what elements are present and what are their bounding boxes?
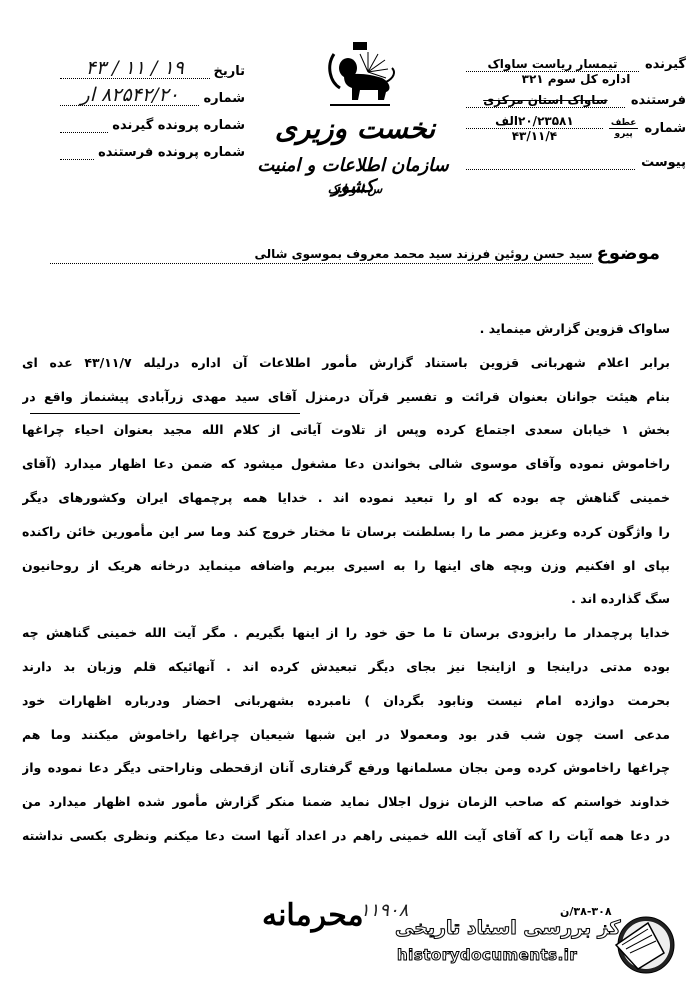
letterhead-code: س.ا.و.ا.ک	[305, 182, 405, 196]
sender-file-label: شماره پرونده فرستنده	[98, 145, 245, 160]
recipient-value: تیمسار ریاست ساواک	[466, 57, 639, 72]
lion-and-sun-emblem-icon	[320, 42, 400, 112]
recipient-file-label: شماره پرونده گیرنده	[112, 118, 245, 133]
body-line: در دعا همه آیات را که آقای آیت الله خمین…	[22, 819, 670, 853]
body-line: ساواک قزوین گزارش مینماید .	[22, 312, 670, 346]
header-right-block: گیرنده تیمسار ریاست ساواک اداره کل سوم ۳…	[466, 50, 686, 170]
number-date: ۴۳/۱۱/۴	[466, 129, 603, 143]
ref-top-label: عطف	[609, 118, 639, 129]
letterhead-title: نخست وزیری	[270, 112, 440, 145]
attachment-value	[466, 169, 635, 170]
body-line: برابر اعلام شهربانی قزوین باستناد گزارش …	[22, 346, 670, 380]
number-values: ۲۰/۲۳۵۸۱الف ۴۳/۱۱/۴	[466, 114, 603, 143]
attachment-row: پیوست	[466, 148, 686, 170]
body-line: را واژگون کرده وعزیز مصر ما را بسلطنت بر…	[22, 515, 670, 549]
number-row-left: شماره ۸۲۵۴۲/۲۰ ار	[60, 79, 245, 106]
body-line: بخش ۱ خیابان سعدی اجتماع کرده وپس از تلا…	[22, 413, 670, 447]
sender-label: فرستنده	[631, 93, 686, 108]
subject-value: سید حسن روئین فرزند سید محمد معروف بموسو…	[50, 247, 593, 264]
number-value-left: ۸۲۵۴۲/۲۰ ار	[60, 85, 199, 106]
body-line: راخاموش نموده وآقای موسوی شالی بخواندن د…	[22, 447, 670, 481]
number-value: ۲۰/۲۳۵۸۱الف	[466, 114, 603, 129]
date-label: تاریخ	[214, 64, 246, 79]
header-left-block: تاریخ ۱۹ / ۱۱ / ۴۳ شماره ۸۲۵۴۲/۲۰ ار شما…	[60, 52, 245, 160]
handwritten-underline	[30, 413, 300, 414]
report-body: ساواک قزوین گزارش مینماید . برابر اعلام …	[22, 312, 670, 853]
subject-row: موضوع سید حسن روئین فرزند سید محمد معروف…	[50, 243, 660, 264]
body-line: خدایا پرچمدار ما رابزودی برسان تا ما حق …	[22, 616, 670, 650]
ref-bottom-label: پیرو	[615, 129, 633, 139]
number-label: شماره	[644, 121, 686, 136]
archive-logo-icon	[608, 913, 678, 977]
body-line: خمینی گناهش چه بوده که او را تبعید نموده…	[22, 481, 670, 515]
body-line: خداوند خواستم که صاحب الزمان نزول اجلال …	[22, 785, 670, 819]
body-line: بنام هیئت جوانان بعنوان قرائت و تفسیر قر…	[22, 380, 670, 414]
number-label-left: شماره	[203, 91, 245, 106]
body-line: بحرمت دوازده امام نیست ونابود بگردان ) ن…	[22, 684, 670, 718]
ref-fraction: عطف پیرو	[609, 118, 639, 139]
classification-stamp: محرمانه	[262, 898, 364, 933]
body-line: چراغها راخاموش کرده ومن بجان مسلمانها ور…	[22, 751, 670, 785]
date-value: ۱۹ / ۱۱ / ۴۳	[60, 58, 210, 79]
attachment-label: پیوست	[641, 155, 686, 170]
sender-file-row: شماره پرونده فرستنده	[60, 133, 245, 160]
sender-row: فرستنده ساواک استان مرکزی	[466, 86, 686, 108]
number-row: شماره عطف پیرو ۲۰/۲۳۵۸۱الف ۴۳/۱۱/۴	[466, 108, 686, 148]
sender-value: ساواک استان مرکزی	[466, 93, 625, 108]
body-line: سگ گذارده اند .	[22, 582, 670, 616]
body-line: مدعی است چون شب قدر بود ومعمولا در این ش…	[22, 718, 670, 752]
recipient-file-value	[60, 112, 108, 133]
recipient-sub-value: اداره کل سوم ۳۲۱	[466, 72, 686, 86]
watermark-url: historydocuments.ir	[397, 946, 577, 964]
recipient-row: گیرنده تیمسار ریاست ساواک	[466, 50, 686, 72]
watermark-persian: مرکز بررسی اسناد تاریخی	[395, 917, 644, 939]
sender-file-value	[60, 139, 94, 160]
recipient-label: گیرنده	[645, 57, 686, 72]
subject-label: موضوع	[597, 243, 660, 264]
body-line: بوده مدتی دراینجا و ازاینجا نیز بجای دیگ…	[22, 650, 670, 684]
body-line: بپای او افکنیم وزن وبچه های اینها را به …	[22, 549, 670, 583]
recipient-file-row: شماره پرونده گیرنده	[60, 106, 245, 133]
date-row: تاریخ ۱۹ / ۱۱ / ۴۳	[60, 52, 245, 79]
